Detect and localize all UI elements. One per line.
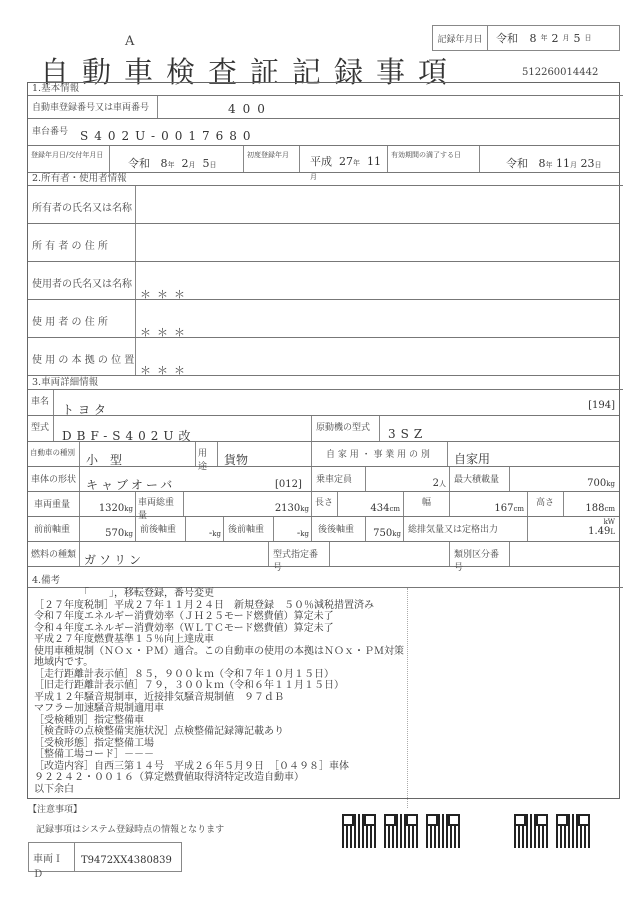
value: 434 [370,503,389,514]
era: 令和 [496,30,518,46]
value: 2130 [275,503,300,514]
month: 11 [556,157,570,170]
owner-row: 所 有 者 の 住 所 [28,224,619,262]
section-vehicle: 3.車両詳細情報 [28,377,623,390]
use-value: 貨物 [218,442,312,466]
name-code: [194] [588,400,615,411]
owner-row: 使 用 の 本 拠 の 位 置＊＊＊ [28,338,619,376]
chassis-label: 車台番号 [28,119,76,145]
vehicle-id-value: T9472XX4380839 [75,843,172,871]
width-value: 167cm [450,492,528,516]
vehicle-id-label: 車両ＩＤ [29,843,75,871]
unit: kg [124,530,133,538]
disp-label: 総排気量又は定格出力 [404,517,528,541]
unit: 月 [570,161,577,169]
expiry-value: 令和 8年 11月 23日 [480,146,619,172]
owner-row-label: 使用者の氏名又は名称 [28,262,136,299]
value: 700 [587,478,606,489]
name-label: 車名 [28,390,54,415]
record-date-value: 令和 8年 2月 5日 [488,26,619,50]
unit: kg [212,530,221,538]
unit: 日 [585,33,592,43]
width-label: 幅 [404,492,450,516]
value: 750 [373,528,392,539]
record-frame: 1.基本情報 自動車登録番号又は車両番号 400 車台番号 S402U-0017… [27,82,620,799]
gross-label: 車両総重量 [136,492,184,516]
value: 1.49 [588,526,610,537]
qr-code-icon [426,814,460,848]
first-reg-label: 初度登録年月 [244,146,300,172]
fuel-row: 燃料の種類 ガソリン 型式指定番号 類別区分番号 [28,542,619,567]
year: 8 [539,157,546,170]
qr-code-icon [384,814,418,848]
year: 8 [530,32,537,45]
value: 188 [585,503,604,514]
first-reg-value: 平成 27年 11月 [300,146,388,172]
month: 2 [552,32,559,45]
model-row: 型式 DBF-S402U改 原動機の型式 3SZ [28,416,619,442]
weight-value: 1320kg [80,492,136,516]
rr-value: 750kg [366,517,404,541]
unit: kg [300,530,309,538]
vehicle-id-box: 車両ＩＤ T9472XX4380839 [28,842,182,872]
era: 平成 [310,155,332,168]
weight-label: 車両重量 [28,492,80,516]
remarks-text: 「 」，移転登録，番号変更 ［２７年度税制］平成２７年１１月２４日 新規登録 ５… [32,588,408,808]
owner-row: 使 用 者 の 住 所＊＊＊ [28,300,619,338]
unit: 年 [353,159,360,167]
body-row: 車体の形状 キャブオーバ [012] 乗車定員 2人 最大積載量 700kg [28,467,619,492]
year: 8 [161,157,168,170]
unit: 年 [546,161,553,169]
private-label: 自 家 用 ・ 事 業 用 の 別 [312,442,448,466]
doc-number: 512260014442 [522,67,598,78]
unit: 年 [541,33,548,43]
fr-label: 前後軸重 [136,517,186,541]
length-value: 434cm [338,492,404,516]
capacity-label: 乗車定員 [312,467,366,491]
max-load-label: 最大積載量 [450,467,510,491]
fuel-label: 燃料の種類 [28,542,80,566]
length-label: 長さ [312,492,338,516]
value: 570 [105,528,124,539]
type-row: 自動車の種別 小 型 用途 貨物 自 家 用 ・ 事 業 用 の 別 自家用 [28,442,619,467]
section-owner: 2.所有者・使用者情報 [28,173,623,186]
chassis-value: S402U-0017680 [80,129,257,143]
fuel-value: ガソリン [80,542,270,566]
owner-row-label: 使 用 の 本 拠 の 位 置 [28,338,136,375]
model-value: DBF-S402U改 [54,416,312,441]
value: 1320 [99,503,124,514]
dimensions-row: 車両重量 1320kg 車両総重量 2130kg 長さ 434cm 幅 167c… [28,492,619,517]
owner-row-label: 所 有 者 の 住 所 [28,224,136,261]
dates-row: 登録年月日/交付年月日 令和 8年 2月 5日 初度登録年月 平成 27年 11… [28,146,619,173]
qr-code-icon [514,814,548,848]
value: 167 [494,503,513,514]
year: 27 [339,155,353,168]
fr-value: -kg [186,517,224,541]
rr-label: 後後軸重 [312,517,366,541]
reg-value: 400 [228,102,272,116]
max-load-value: 700kg [587,478,615,489]
unit: 月 [563,33,570,43]
engine-value: 3SZ [388,427,427,441]
designation-value [330,542,450,566]
ff-label: 前前軸重 [28,517,80,541]
unit: kg [392,530,401,538]
unit: 年 [168,161,175,169]
owner-row-label: 使 用 者 の 住 所 [28,300,136,337]
unit: 人 [439,480,446,488]
unit: kg [300,505,309,513]
type-label: 自動車の種別 [28,442,80,466]
era: 令和 [506,157,528,170]
notice-text: 記録事項はシステム登録時点の情報となります [36,822,224,835]
reg-date-value: 令和 8年 2月 5日 [110,146,244,172]
owner-row: 所有者の氏名又は名称 [28,186,619,224]
qr-code-icon [342,814,376,848]
unit: kg [124,505,133,513]
disp-value: 1.49L [588,526,615,537]
type-value: 小 型 [80,442,196,466]
reg-date-label: 登録年月日/交付年月日 [28,146,110,172]
unit: kg [606,480,615,488]
day: 5 [574,32,581,45]
rf-label: 後前軸重 [224,517,274,541]
month: 2 [182,157,189,170]
unit: cm [513,505,524,513]
era: 令和 [128,157,150,170]
chassis-row: 車台番号 S402U-0017680 [28,119,619,146]
axle-row: 前前軸重 570kg 前後軸重 -kg 後前軸重 -kg 後後軸重 750kg … [28,517,619,542]
model-label: 型式 [28,416,54,441]
unit: 日 [210,161,217,169]
unit: 月 [189,161,196,169]
record-date-box: 記録年月日 令和 8年 2月 5日 [432,25,620,51]
unit: cm [604,505,615,513]
day: 23 [581,157,595,170]
rf-value: -kg [274,517,312,541]
height-label: 高さ [528,492,564,516]
designation-label: 型式指定番号 [268,542,330,566]
qr-code-icon [556,814,590,848]
reg-label: 自動車登録番号又は車両番号 [28,96,158,118]
private-value: 自家用 [454,450,490,467]
record-date-label: 記録年月日 [433,26,488,50]
unit: cm [389,505,400,513]
doc-mark: A [125,34,134,49]
kw-unit: kW [604,518,615,526]
section-basic: 1.基本情報 [28,83,623,96]
day: 5 [203,157,210,170]
owner-row: 使用者の氏名又は名称＊＊＊ [28,262,619,300]
use-label: 用途 [196,442,218,466]
class-label: 類別区分番号 [450,542,510,566]
capacity-value: 2人 [366,467,450,491]
month: 11 [367,155,381,168]
owner-row-label: 所有者の氏名又は名称 [28,186,136,223]
ff-value: 570kg [80,517,136,541]
name-row: 車名 トヨタ [194] [28,390,619,416]
gross-value: 2130kg [184,492,312,516]
unit: L [610,528,615,536]
body-code: [012] [275,479,302,490]
expiry-label: 有効期間の満了する日 [388,146,480,172]
section-remarks: 4.備考 [28,575,623,588]
body-label: 車体の形状 [28,467,80,491]
notice-title: 【注意事項】 [28,802,82,815]
reg-row: 自動車登録番号又は車両番号 400 [28,96,619,119]
unit: 日 [595,161,602,169]
engine-label: 原動機の型式 [312,416,380,441]
height-value: 188cm [585,503,615,514]
owner-row-value: ＊＊＊ [140,362,191,378]
